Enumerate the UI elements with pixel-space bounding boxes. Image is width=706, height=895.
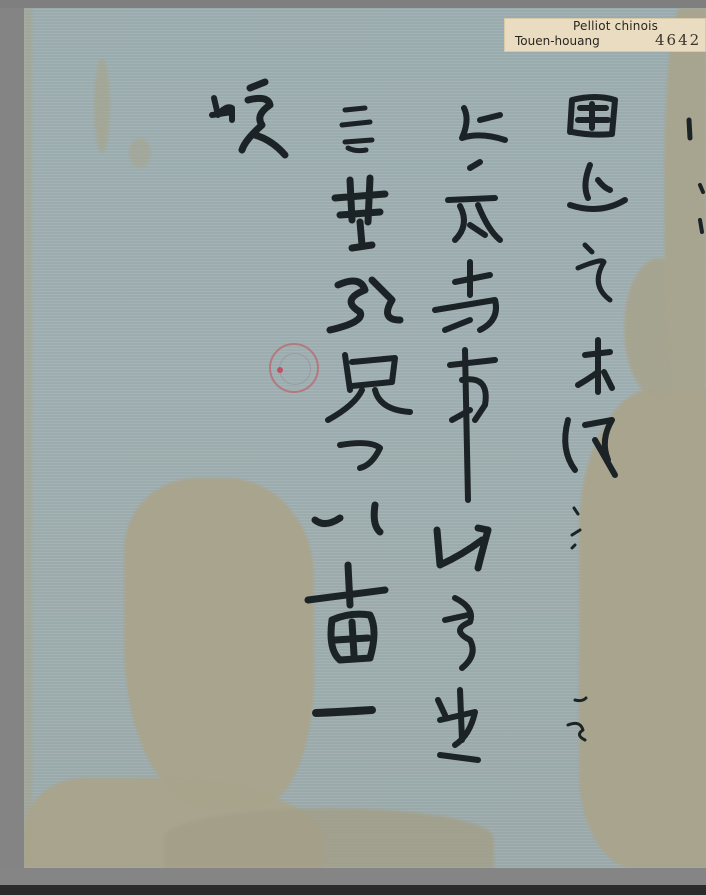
column-marginal <box>568 120 703 740</box>
column-right <box>435 108 505 760</box>
scan-bottom-border <box>0 868 706 885</box>
column-far-right <box>565 97 625 475</box>
column-left <box>212 82 285 155</box>
scan-bottom-bar <box>0 885 706 895</box>
catalog-label: Pelliot chinois Touen-houang 4642 <box>504 18 706 52</box>
label-collection: Pelliot chinois <box>573 19 658 33</box>
stamp-inner-ring <box>279 353 311 385</box>
library-stamp <box>269 343 319 393</box>
calligraphy-ink-layer <box>0 0 706 895</box>
label-shelfmark: 4642 <box>655 31 701 49</box>
label-location: Touen-houang <box>515 34 600 48</box>
column-center <box>308 108 410 713</box>
stamp-mark <box>277 367 283 373</box>
